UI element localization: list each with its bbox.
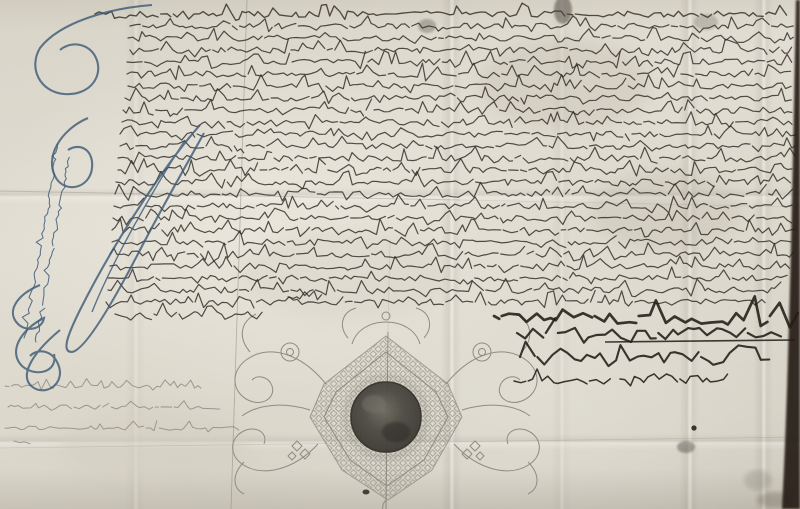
signature-underlines	[605, 340, 795, 342]
handwriting-line	[128, 27, 793, 43]
handwriting-line	[118, 147, 795, 165]
seal-imprint	[351, 382, 421, 452]
handwriting-line	[127, 63, 791, 81]
faint-note-line	[14, 441, 30, 444]
handwriting-line	[122, 111, 792, 128]
lace-floral-wing	[233, 314, 326, 494]
flourish-loop-six	[35, 5, 152, 94]
ink-smudge	[677, 441, 695, 453]
flourish-upper-loop	[52, 118, 92, 187]
ink-smudge	[694, 14, 718, 30]
blue-marginal-inscription	[19, 143, 72, 342]
seal-ink-dot	[363, 490, 370, 495]
handwriting-line	[108, 279, 781, 297]
seal-imprint-shadow	[382, 422, 410, 442]
stain-blot	[744, 470, 772, 490]
faint-note-line	[5, 421, 239, 432]
ink-smudge	[418, 19, 436, 33]
handwriting-line	[120, 126, 796, 141]
handwriting-line	[110, 243, 793, 261]
handwriting-line	[130, 39, 792, 57]
handwriting-line	[125, 87, 791, 104]
handwriting-line	[116, 171, 791, 189]
blue-inscription-line	[19, 143, 61, 338]
seal-imprint-highlight	[362, 395, 386, 413]
handwriting-line	[113, 208, 792, 225]
manuscript-photo	[0, 0, 800, 509]
blue-archival-flourish	[13, 5, 204, 390]
flourish-bottom-curl	[27, 330, 60, 390]
signature-underline	[605, 340, 795, 342]
handwriting-line	[108, 267, 787, 284]
blue-inscription-stroke	[19, 143, 61, 338]
handwriting-line	[127, 51, 792, 69]
handwriting-line	[106, 291, 765, 309]
signature-stroke	[514, 369, 610, 384]
handwriting-line	[95, 3, 787, 20]
signature-stroke	[520, 342, 769, 366]
handwriting-line	[114, 195, 792, 213]
document-artwork	[0, 0, 800, 509]
handwriting-line	[130, 16, 793, 33]
signature-stroke	[620, 374, 728, 386]
signature-stroke	[517, 318, 781, 343]
flourish-inner-stroke	[92, 140, 185, 312]
faint-note-line	[8, 401, 220, 411]
ink-blot	[691, 425, 696, 430]
handwriting-line	[115, 303, 262, 320]
paper-seal	[233, 308, 540, 509]
handwriting-line	[120, 136, 795, 153]
faint-archival-notes	[5, 379, 239, 444]
manuscript-body-text	[95, 3, 796, 320]
handwriting-line	[128, 75, 791, 93]
